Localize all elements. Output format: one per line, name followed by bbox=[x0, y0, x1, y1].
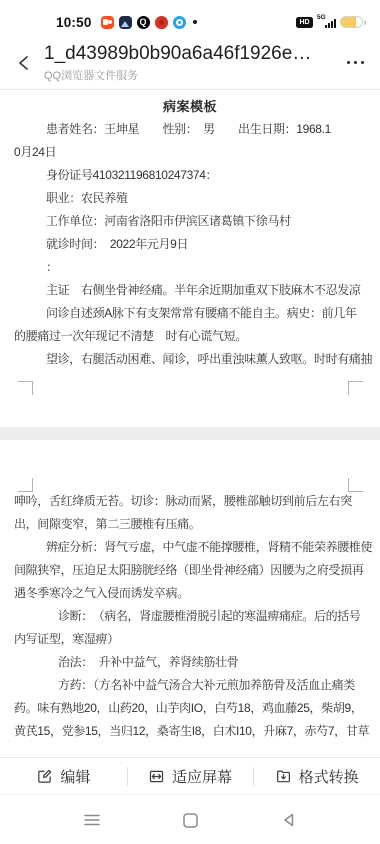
doc-line: 呻吟，舌红绛质无苔。切诊：脉动而紧，腰椎部触切到前后左右突 bbox=[14, 490, 366, 513]
more-options-button[interactable] bbox=[345, 55, 367, 71]
gallery-app-icon bbox=[119, 16, 132, 29]
qq-browser-icon: Q bbox=[137, 16, 150, 29]
document-page-1: 病案模板 患者姓名：王坤星 性别： 男 出生日期：1968.1 0月24日 身份… bbox=[0, 90, 380, 427]
format-convert-icon bbox=[275, 768, 292, 785]
phone-screen: 10:50 Q HD 5G 1_d43989b0b90a6a46f1926e… … bbox=[0, 0, 380, 844]
edit-label: 编辑 bbox=[60, 766, 90, 787]
doc-line: ： bbox=[14, 256, 366, 279]
signal-strength-icon: 5G bbox=[317, 15, 336, 29]
signal-bars-icon bbox=[325, 19, 336, 29]
format-convert-button[interactable]: 格式转换 bbox=[253, 758, 380, 794]
file-source-label: QQ浏览器文件服务 bbox=[44, 67, 345, 83]
doc-line: 间隙狭窄，压迫足太阳膀胱经络（即坐骨神经痛）因腰为之府受损再 bbox=[14, 559, 366, 582]
doc-line: 的腰痛过一次年现记不清楚 时有心谎气短。 bbox=[14, 325, 366, 348]
doc-line: 方药：（方名补中益气汤合大补元煎加养筋骨及活血止痛类 bbox=[14, 674, 366, 697]
kuaishou-icon bbox=[101, 16, 114, 29]
nav-menu-button[interactable] bbox=[80, 808, 104, 832]
notification-icons: Q bbox=[101, 16, 197, 29]
doc-line: 遇冬季寒冷之气入侵而诱发卒病。 bbox=[14, 582, 366, 605]
doc-line: 诊断： （病名，肾虚腰椎滑脱引起的寒温痹痛症。后的括号 bbox=[14, 605, 366, 628]
red-app-icon bbox=[155, 16, 168, 29]
doc-line: 0月24日 bbox=[14, 141, 366, 164]
status-indicators: HD 5G bbox=[296, 15, 363, 29]
page1-bottom-right-crop-mark bbox=[348, 381, 363, 395]
doc-line: 出，间隙变窄，第二三腰椎有压痛。 bbox=[14, 513, 366, 536]
doc-line: 内写证型，寒湿痹） bbox=[14, 628, 366, 651]
back-chevron-icon bbox=[14, 53, 34, 73]
fit-screen-button[interactable]: 适应屏幕 bbox=[127, 758, 254, 794]
battery-icon bbox=[340, 16, 363, 28]
header-text: 1_d43989b0b90a6a46f1926e… QQ浏览器文件服务 bbox=[44, 43, 345, 83]
back-button[interactable] bbox=[10, 45, 38, 81]
doc-line: 辨症分析：肾气亏虚，中气虚不能撑腰椎，肾精不能荣养腰椎使 bbox=[14, 536, 366, 559]
page1-bottom-left-crop-mark bbox=[18, 381, 33, 395]
doc-line: 工作单位：河南省洛阳市伊滨区诸葛镇下徐马村 bbox=[14, 210, 366, 233]
hd-voice-icon: HD bbox=[296, 17, 313, 28]
clock: 10:50 bbox=[56, 15, 92, 30]
blue-circle-app-icon bbox=[173, 16, 186, 29]
doc-line: 主证 右侧坐骨神经痛。半年余近期加重双下肢麻木不忍发凉 bbox=[14, 279, 366, 302]
nav-home-button[interactable] bbox=[178, 808, 202, 832]
fit-screen-label: 适应屏幕 bbox=[172, 766, 232, 787]
document-title: 病案模板 bbox=[14, 95, 366, 118]
menu-icon bbox=[83, 812, 101, 828]
status-bar: 10:50 Q HD 5G bbox=[0, 0, 380, 36]
android-nav-bar bbox=[0, 794, 380, 844]
fit-screen-icon bbox=[148, 768, 165, 785]
edit-button[interactable]: 编辑 bbox=[0, 758, 127, 794]
page-separator bbox=[0, 427, 380, 440]
edit-icon bbox=[36, 768, 53, 785]
doc-line: 患者姓名：王坤星 性别： 男 出生日期：1968.1 bbox=[14, 118, 366, 141]
square-icon bbox=[182, 812, 199, 829]
doc-line: 职业：农民养殖 bbox=[14, 187, 366, 210]
doc-line: 药。味有熟地20，山药20，山芋肉IO，白芍18，鸡血藤25，柴胡9， bbox=[14, 697, 366, 720]
doc-line: 就诊时间： 2022年元月9日 bbox=[14, 233, 366, 256]
doc-line: 身份证号410321196810247374： bbox=[14, 164, 366, 187]
document-scroll-view[interactable]: 病案模板 患者姓名：王坤星 性别： 男 出生日期：1968.1 0月24日 身份… bbox=[0, 90, 380, 757]
file-title: 1_d43989b0b90a6a46f1926e… bbox=[44, 43, 345, 65]
notification-overflow-dot bbox=[193, 20, 197, 24]
format-convert-label: 格式转换 bbox=[299, 766, 359, 787]
file-viewer-header: 1_d43989b0b90a6a46f1926e… QQ浏览器文件服务 bbox=[0, 36, 380, 89]
doc-line: 黄芪15，党参15，当归12，桑寄生I8，白术I10，升麻7，赤芍7，甘草 bbox=[14, 720, 366, 743]
document-toolbar: 编辑 适应屏幕 格式转换 bbox=[0, 757, 380, 794]
nav-back-button[interactable] bbox=[276, 808, 300, 832]
document-page-2: 呻吟，舌红绛质无苔。切诊：脉动而紧，腰椎部触切到前后左右突 出，间隙变窄，第二三… bbox=[0, 440, 380, 757]
doc-line: 治法： 升补中益气，养肾续筋壮骨 bbox=[14, 651, 366, 674]
doc-line: 望诊，右腿活动困难、闻诊，呼出重浊味薰人致呕。时时有痛抽 bbox=[14, 348, 366, 371]
doc-line: 问诊自述颈A脉下有支架常常有腰痛不能自主。病史：前几年 bbox=[14, 302, 366, 325]
back-triangle-icon bbox=[281, 812, 296, 828]
